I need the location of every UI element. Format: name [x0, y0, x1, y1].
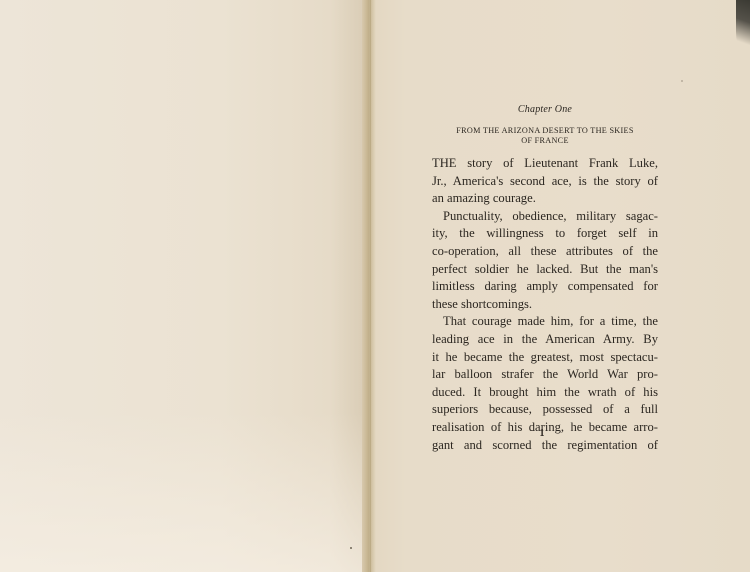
- open-book-spread: Chapter One FROM THE ARIZONA DESERT TO T…: [0, 0, 750, 572]
- page-number: 1: [532, 428, 552, 439]
- text-line: Jr., America's second ace, is the story …: [432, 173, 658, 191]
- text-line: perfect soldier he lacked. But the man's: [432, 261, 658, 279]
- book-gutter: [362, 0, 376, 572]
- text-line: an amazing courage.: [432, 190, 658, 208]
- chapter-text-block: Chapter One FROM THE ARIZONA DESERT TO T…: [432, 104, 658, 454]
- text-line: lar balloon strafer the World War pro-: [432, 366, 658, 384]
- text-line: leading ace in the American Army. By: [432, 331, 658, 349]
- gutter-crease: [370, 0, 371, 572]
- paper-speck: [681, 80, 683, 82]
- text-line: Punctuality, obedience, military sagac-: [432, 208, 658, 226]
- chapter-title-line-2: OF FRANCE: [432, 136, 658, 146]
- text-line: it he became the greatest, most spectacu…: [432, 349, 658, 367]
- chapter-label: Chapter One: [432, 104, 658, 116]
- text-line: gant and scorned the regimentation of: [432, 437, 658, 455]
- chapter-title: FROM THE ARIZONA DESERT TO THE SKIES OF …: [432, 126, 658, 146]
- chapter-title-line-1: FROM THE ARIZONA DESERT TO THE SKIES: [432, 126, 658, 136]
- text-line: ity, the willingness to forget self in: [432, 225, 658, 243]
- paper-speck: [350, 547, 352, 549]
- text-line: THE story of Lieutenant Frank Luke,: [432, 155, 658, 173]
- page-corner-shadow: [736, 0, 750, 60]
- text-line: limitless daring amply compensated for: [432, 278, 658, 296]
- left-page-blank: [0, 0, 366, 572]
- text-line: co-operation, all these attributes of th…: [432, 243, 658, 261]
- text-line: That courage made him, for a time, the: [432, 313, 658, 331]
- text-line: duced. It brought him the wrath of his: [432, 384, 658, 402]
- text-line: superiors because, possessed of a full: [432, 401, 658, 419]
- text-line: these shortcomings.: [432, 296, 658, 314]
- paragraph-1: THE story of Lieutenant Frank Luke, Jr.,…: [432, 155, 658, 208]
- paragraph-2: Punctuality, obedience, military sagac- …: [432, 208, 658, 314]
